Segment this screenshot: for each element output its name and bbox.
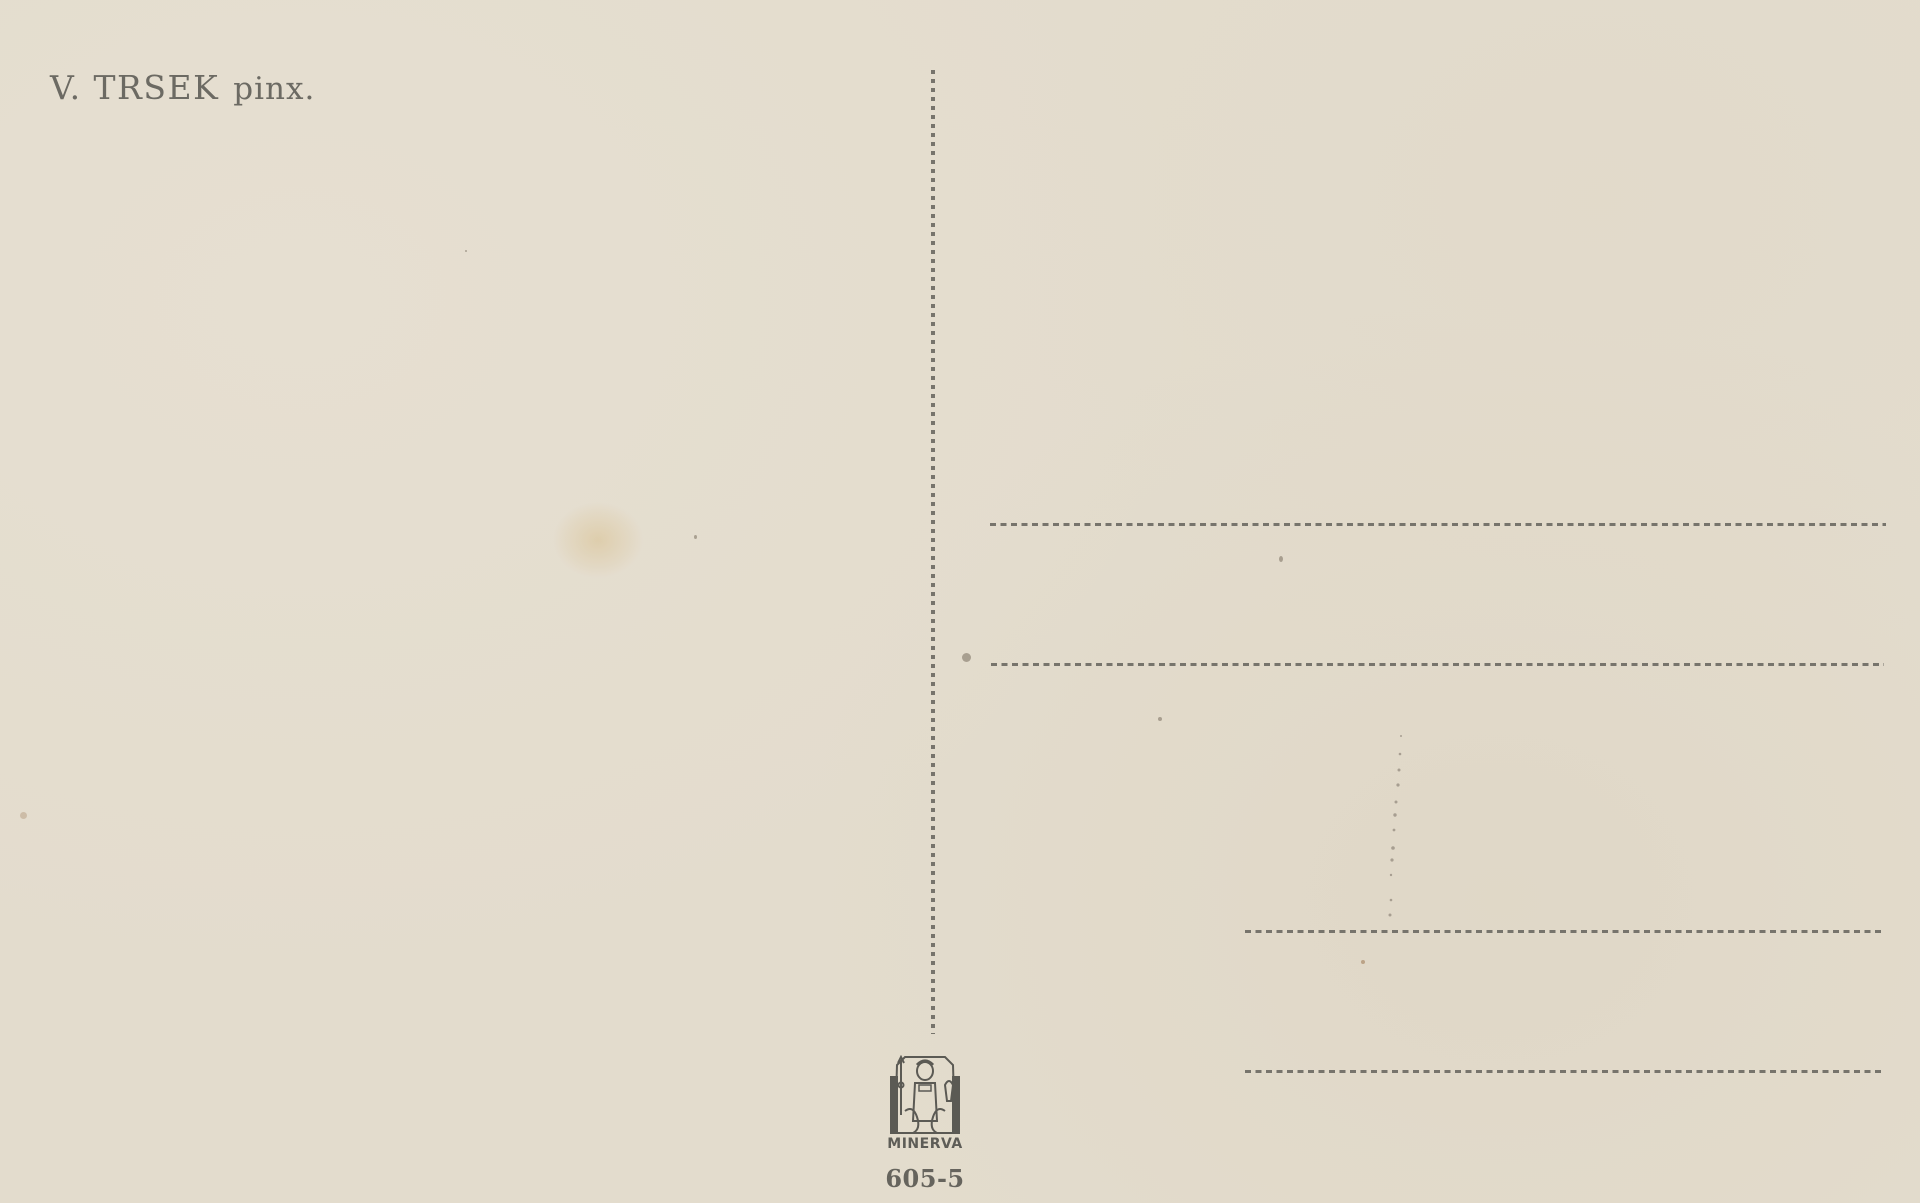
artist-credit: V. TRSEKpinx. [50, 68, 315, 107]
message-address-divider [931, 70, 935, 1034]
paper-speck [1361, 960, 1365, 964]
paper-speck [465, 250, 467, 252]
minerva-goddess-logo-icon [883, 1055, 967, 1137]
pencil-mark [1383, 730, 1407, 930]
publisher-name: MINERVA [870, 1136, 980, 1152]
paper-speck [962, 653, 971, 662]
address-line-3 [1245, 930, 1885, 933]
paper-speck [1158, 717, 1162, 721]
address-line-4 [1245, 1070, 1885, 1073]
publisher-mark: MINERVA 605-5 [870, 1055, 980, 1193]
catalog-number: 605-5 [870, 1164, 980, 1193]
artist-name: V. TRSEK [50, 68, 219, 107]
paper-speck [20, 812, 27, 819]
paper-speck [1279, 556, 1283, 562]
postcard-back [0, 0, 1920, 1203]
artist-credit-suffix: pinx. [233, 71, 315, 107]
paper-speck [694, 535, 697, 539]
address-line-2 [991, 663, 1884, 666]
address-line-1 [990, 523, 1886, 526]
